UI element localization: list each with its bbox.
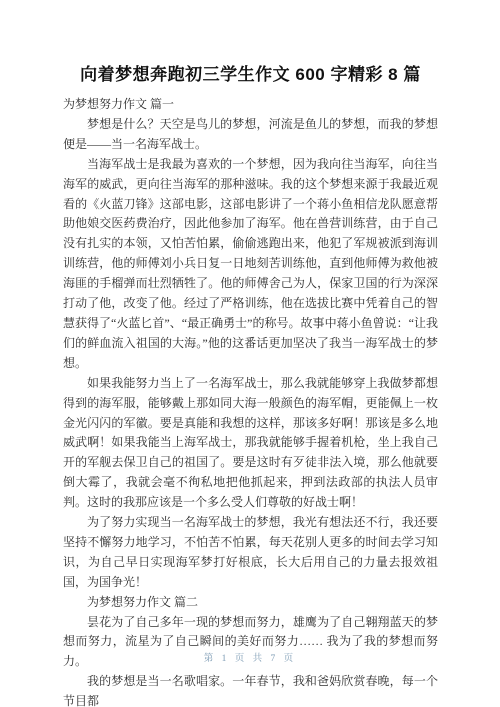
paragraph: 我的梦想是当一名歌唱家。一年春节，我和爸妈欣赏春晚，每一个节目都	[63, 672, 438, 707]
document-content: 向着梦想奔跑初三学生作文 600 字精彩 8 篇 为梦想努力作文 篇一梦想是什么…	[0, 0, 500, 707]
document-page: 向着梦想奔跑初三学生作文 600 字精彩 8 篇 为梦想努力作文 篇一梦想是什么…	[0, 0, 500, 707]
document-title: 向着梦想奔跑初三学生作文 600 字精彩 8 篇	[63, 62, 438, 88]
paragraph: 当海军战士是我最为喜欢的一个梦想，因为我向往当海军，向往当海军的威武，更向往当海…	[63, 155, 438, 374]
paragraph: 如果我能努力当上了一名海军战士，那么我就能够穿上我做梦都想得到的海军服，能够戴上…	[63, 374, 438, 513]
document-body: 为梦想努力作文 篇一梦想是什么？天空是鸟儿的梦想，河流是鱼儿的梦想，而我的梦想便…	[63, 95, 438, 707]
section-heading: 为梦想努力作文 篇一	[63, 95, 438, 115]
paragraph: 梦想是什么？天空是鸟儿的梦想，河流是鱼儿的梦想，而我的梦想便是——当一名海军战士…	[63, 115, 438, 155]
paragraph: 为了努力实现当一名海军战士的梦想，我光有想法还不行，我还要坚持不懈努力地学习，不…	[63, 513, 438, 593]
section-heading: 为梦想努力作文 篇二	[63, 593, 438, 613]
page-number-indicator: 第 1 页 共 7 页	[0, 650, 500, 664]
